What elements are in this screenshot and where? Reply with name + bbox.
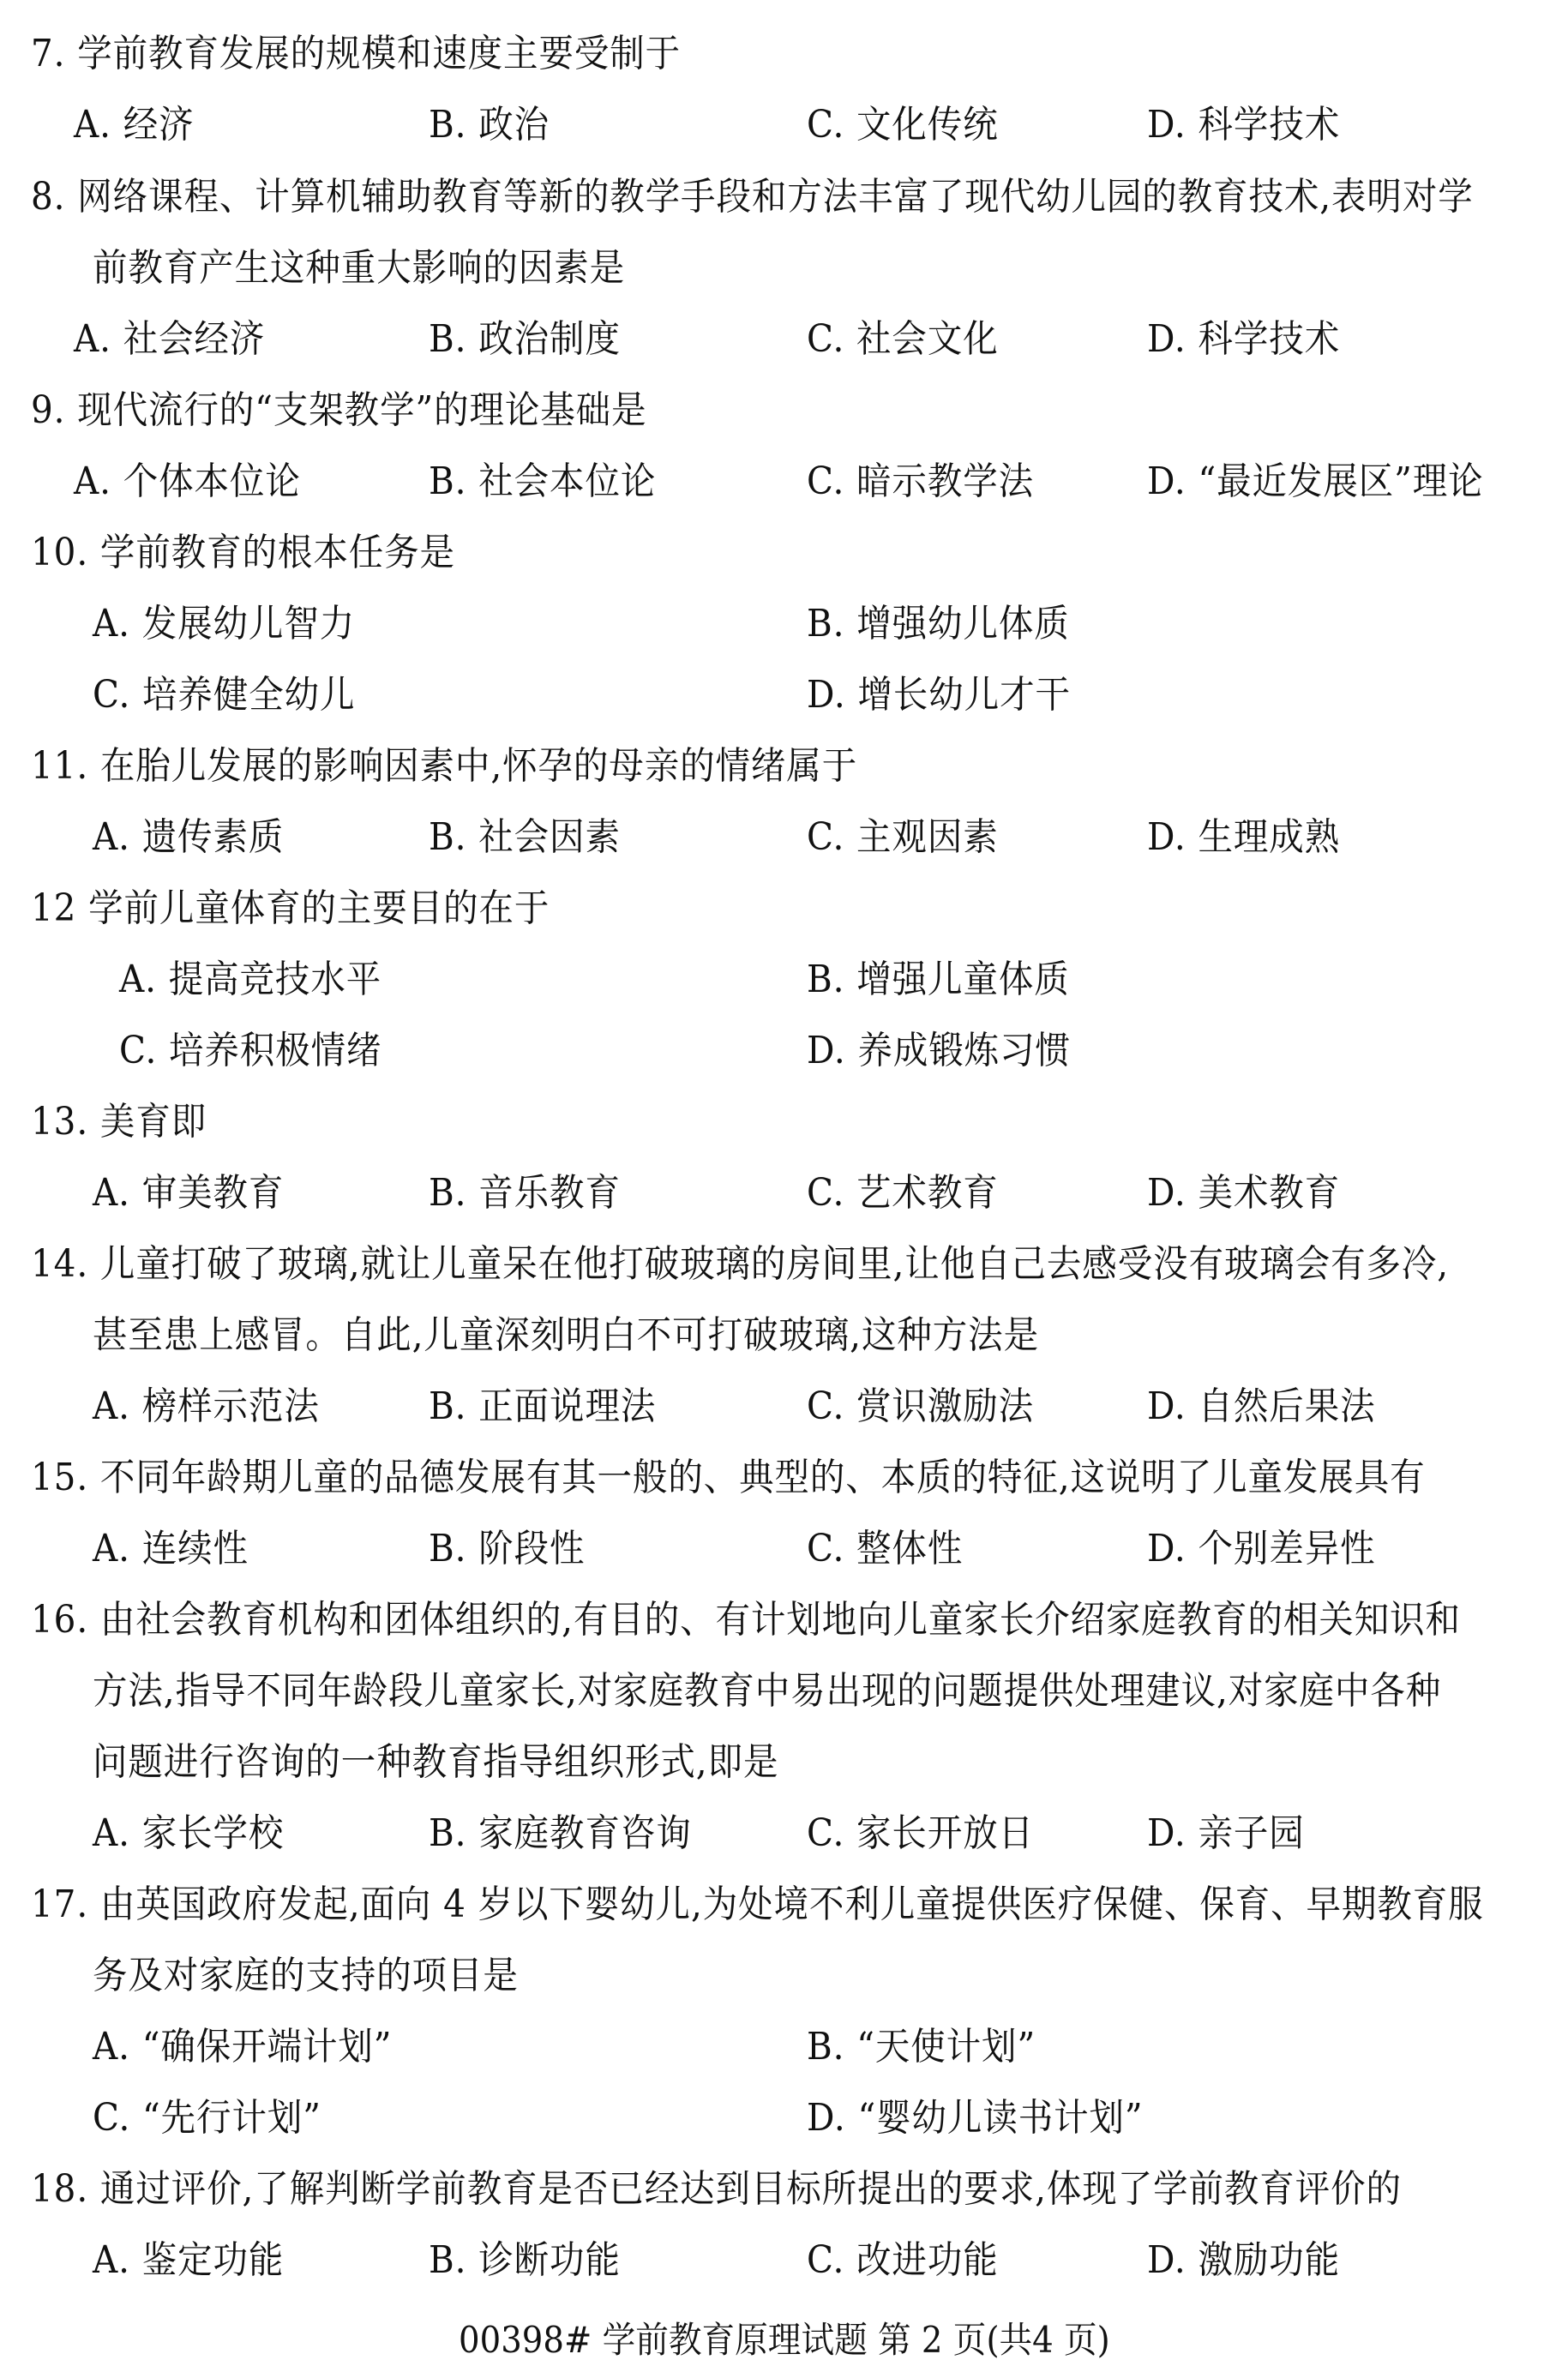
question-7-stem: 7. 学前教育发展的规模和速度主要受制于 bbox=[31, 28, 681, 80]
question-18-option-d: D. 激励功能 bbox=[1147, 2235, 1340, 2286]
question-10-option-a: A. 发展幼儿智力 bbox=[93, 598, 355, 650]
question-17-stem-line-2: 务及对家庭的支持的项目是 bbox=[93, 1950, 519, 2002]
question-8-option-b: B. 政治制度 bbox=[429, 314, 621, 365]
question-18-option-b: B. 诊断功能 bbox=[429, 2235, 621, 2286]
question-16-option-c: C. 家长开放日 bbox=[807, 1808, 1034, 1859]
question-10-option-c: C. 培养健全幼儿 bbox=[93, 670, 355, 721]
question-8-option-c: C. 社会文化 bbox=[807, 314, 999, 365]
question-11-option-d: D. 生理成熟 bbox=[1147, 812, 1340, 863]
question-18-stem: 18. 通过评价,了解判断学前教育是否已经达到目标所提出的要求,体现了学前教育评… bbox=[31, 2164, 1402, 2215]
question-7-option-d: D. 科学技术 bbox=[1147, 99, 1340, 151]
question-11-option-b: B. 社会因素 bbox=[429, 812, 621, 863]
question-17-stem-line-1: 17. 由英国政府发起,面向 4 岁以下婴幼儿,为处境不利儿童提供医疗保健、保育… bbox=[31, 1879, 1484, 1931]
question-17-option-a: A. “确保开端计划” bbox=[93, 2021, 392, 2073]
question-16-stem-line-3: 问题进行咨询的一种教育指导组织形式,即是 bbox=[93, 1737, 778, 1788]
question-13-option-b: B. 音乐教育 bbox=[429, 1168, 621, 1219]
question-13-option-d: D. 美术教育 bbox=[1147, 1168, 1340, 1219]
question-13-stem: 13. 美育即 bbox=[31, 1096, 207, 1148]
question-13-option-c: C. 艺术教育 bbox=[807, 1168, 999, 1219]
question-16-option-a: A. 家长学校 bbox=[93, 1808, 284, 1859]
question-18-option-a: A. 鉴定功能 bbox=[93, 2235, 284, 2286]
page-footer-text: 00398# 学前教育原理试题 第 2 页(共4 页) bbox=[459, 2315, 1110, 2366]
question-14-option-d: D. 自然后果法 bbox=[1147, 1381, 1376, 1432]
question-8-stem-line-1: 8. 网络课程、计算机辅助教育等新的教学手段和方法丰富了现代幼儿园的教育技术,表… bbox=[31, 171, 1474, 223]
question-14-stem-line-2: 甚至患上感冒。自此,儿童深刻明白不可打破玻璃,这种方法是 bbox=[93, 1310, 1039, 1361]
question-12-stem: 12 学前儿童体育的主要目的在于 bbox=[31, 883, 550, 934]
question-11-option-a: A. 遗传素质 bbox=[93, 812, 284, 863]
question-16-option-d: D. 亲子园 bbox=[1147, 1808, 1305, 1859]
question-8-option-d: D. 科学技术 bbox=[1147, 314, 1340, 365]
question-12-option-c: C. 培养积极情绪 bbox=[119, 1025, 381, 1077]
question-10-option-b: B. 增强幼儿体质 bbox=[807, 598, 1070, 650]
question-8-stem-line-2: 前教育产生这种重大影响的因素是 bbox=[93, 243, 625, 294]
question-12-option-d: D. 养成锻炼习惯 bbox=[807, 1025, 1071, 1077]
question-14-option-c: C. 赏识激励法 bbox=[807, 1381, 1034, 1432]
question-16-stem-line-1: 16. 由社会教育机构和团体组织的,有目的、有计划地向儿童家长介绍家庭教育的相关… bbox=[31, 1594, 1461, 1646]
question-12-option-b: B. 增强儿童体质 bbox=[807, 954, 1070, 1006]
question-16-option-b: B. 家庭教育咨询 bbox=[429, 1808, 692, 1859]
page-footer: 00398# 学前教育原理试题 第 2 页(共4 页) bbox=[0, 2315, 1568, 2366]
question-9-stem: 9. 现代流行的“支架教学”的理论基础是 bbox=[31, 385, 646, 436]
question-17-option-b: B. “天使计划” bbox=[807, 2021, 1036, 2073]
question-11-option-c: C. 主观因素 bbox=[807, 812, 999, 863]
question-7-option-a: A. 经济 bbox=[74, 99, 195, 151]
question-9-option-a: A. 个体本位论 bbox=[74, 456, 301, 507]
question-15-option-b: B. 阶段性 bbox=[429, 1523, 585, 1575]
question-14-stem-line-1: 14. 儿童打破了玻璃,就让儿童呆在他打破玻璃的房间里,让他自己去感受没有玻璃会… bbox=[31, 1239, 1449, 1290]
question-15-option-d: D. 个别差异性 bbox=[1147, 1523, 1376, 1575]
question-8-option-a: A. 社会经济 bbox=[74, 314, 265, 365]
question-16-stem-line-2: 方法,指导不同年龄段儿童家长,对家庭教育中易出现的问题提供处理建议,对家庭中各种 bbox=[93, 1666, 1441, 1717]
question-10-stem: 10. 学前教育的根本任务是 bbox=[31, 527, 455, 579]
question-15-option-a: A. 连续性 bbox=[93, 1523, 249, 1575]
question-10-option-d: D. 增长幼儿才干 bbox=[807, 670, 1071, 721]
question-14-option-b: B. 正面说理法 bbox=[429, 1381, 656, 1432]
question-9-option-b: B. 社会本位论 bbox=[429, 456, 656, 507]
question-12-option-a: A. 提高竞技水平 bbox=[119, 954, 381, 1006]
question-15-option-c: C. 整体性 bbox=[807, 1523, 963, 1575]
question-15-stem: 15. 不同年龄期儿童的品德发展有其一般的、典型的、本质的特征,这说明了儿童发展… bbox=[31, 1452, 1426, 1504]
question-7-option-b: B. 政治 bbox=[429, 99, 550, 151]
question-17-option-c: C. “先行计划” bbox=[93, 2093, 321, 2144]
question-7-option-c: C. 文化传统 bbox=[807, 99, 999, 151]
question-13-option-a: A. 审美教育 bbox=[93, 1168, 284, 1219]
question-9-option-d: D. “最近发展区”理论 bbox=[1147, 456, 1484, 507]
question-14-option-a: A. 榜样示范法 bbox=[93, 1381, 320, 1432]
question-9-option-c: C. 暗示教学法 bbox=[807, 456, 1034, 507]
question-11-stem: 11. 在胎儿发展的影响因素中,怀孕的母亲的情绪属于 bbox=[31, 741, 857, 792]
question-17-option-d: D. “婴幼儿读书计划” bbox=[807, 2093, 1144, 2144]
question-18-option-c: C. 改进功能 bbox=[807, 2235, 999, 2286]
